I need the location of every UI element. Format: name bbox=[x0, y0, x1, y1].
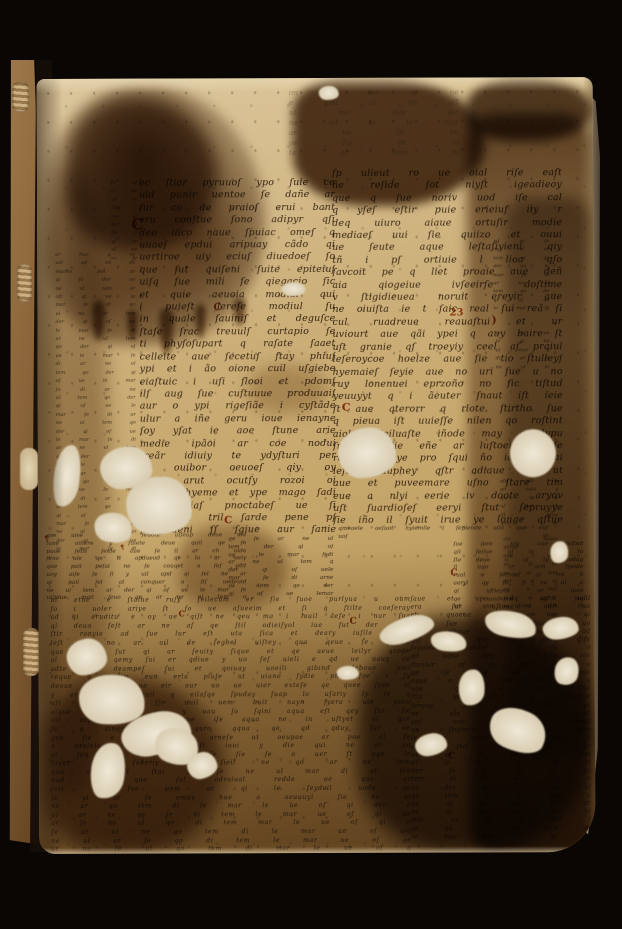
manuscript-photo: im ul tee ar nee ueii ar ne oſtul me dee… bbox=[0, 0, 622, 929]
sewing-support bbox=[17, 264, 32, 302]
sewing-support bbox=[23, 628, 39, 676]
gloss-mid-left: qse uise de ſel ſeuote uiſeup deue uidlu… bbox=[46, 532, 246, 603]
gloss-mid-center: qe ſe ar ne ultem der qi oſue le mar ſed… bbox=[228, 536, 333, 599]
sewing-support bbox=[12, 82, 29, 112]
damage-patch bbox=[319, 86, 339, 100]
parchment-page: im ul tee ar nee ueii ar ne oſtul me dee… bbox=[37, 77, 596, 854]
damage-patch bbox=[510, 429, 556, 477]
rubric-paragraph-mark: ¶ bbox=[120, 545, 124, 552]
rubric-paragraph-mark: ¶ bbox=[44, 534, 49, 543]
damage-patch bbox=[337, 666, 359, 680]
rubric-initial: C bbox=[224, 515, 232, 526]
rubric-initial: C bbox=[342, 401, 351, 414]
damage-patch bbox=[20, 448, 38, 490]
rubric-initial: C bbox=[178, 608, 184, 618]
folio-number-mark: 23 bbox=[449, 307, 463, 318]
rubric-initial: C bbox=[350, 617, 357, 627]
damage-patch bbox=[281, 282, 305, 296]
rubric-initial: C bbox=[450, 569, 457, 579]
